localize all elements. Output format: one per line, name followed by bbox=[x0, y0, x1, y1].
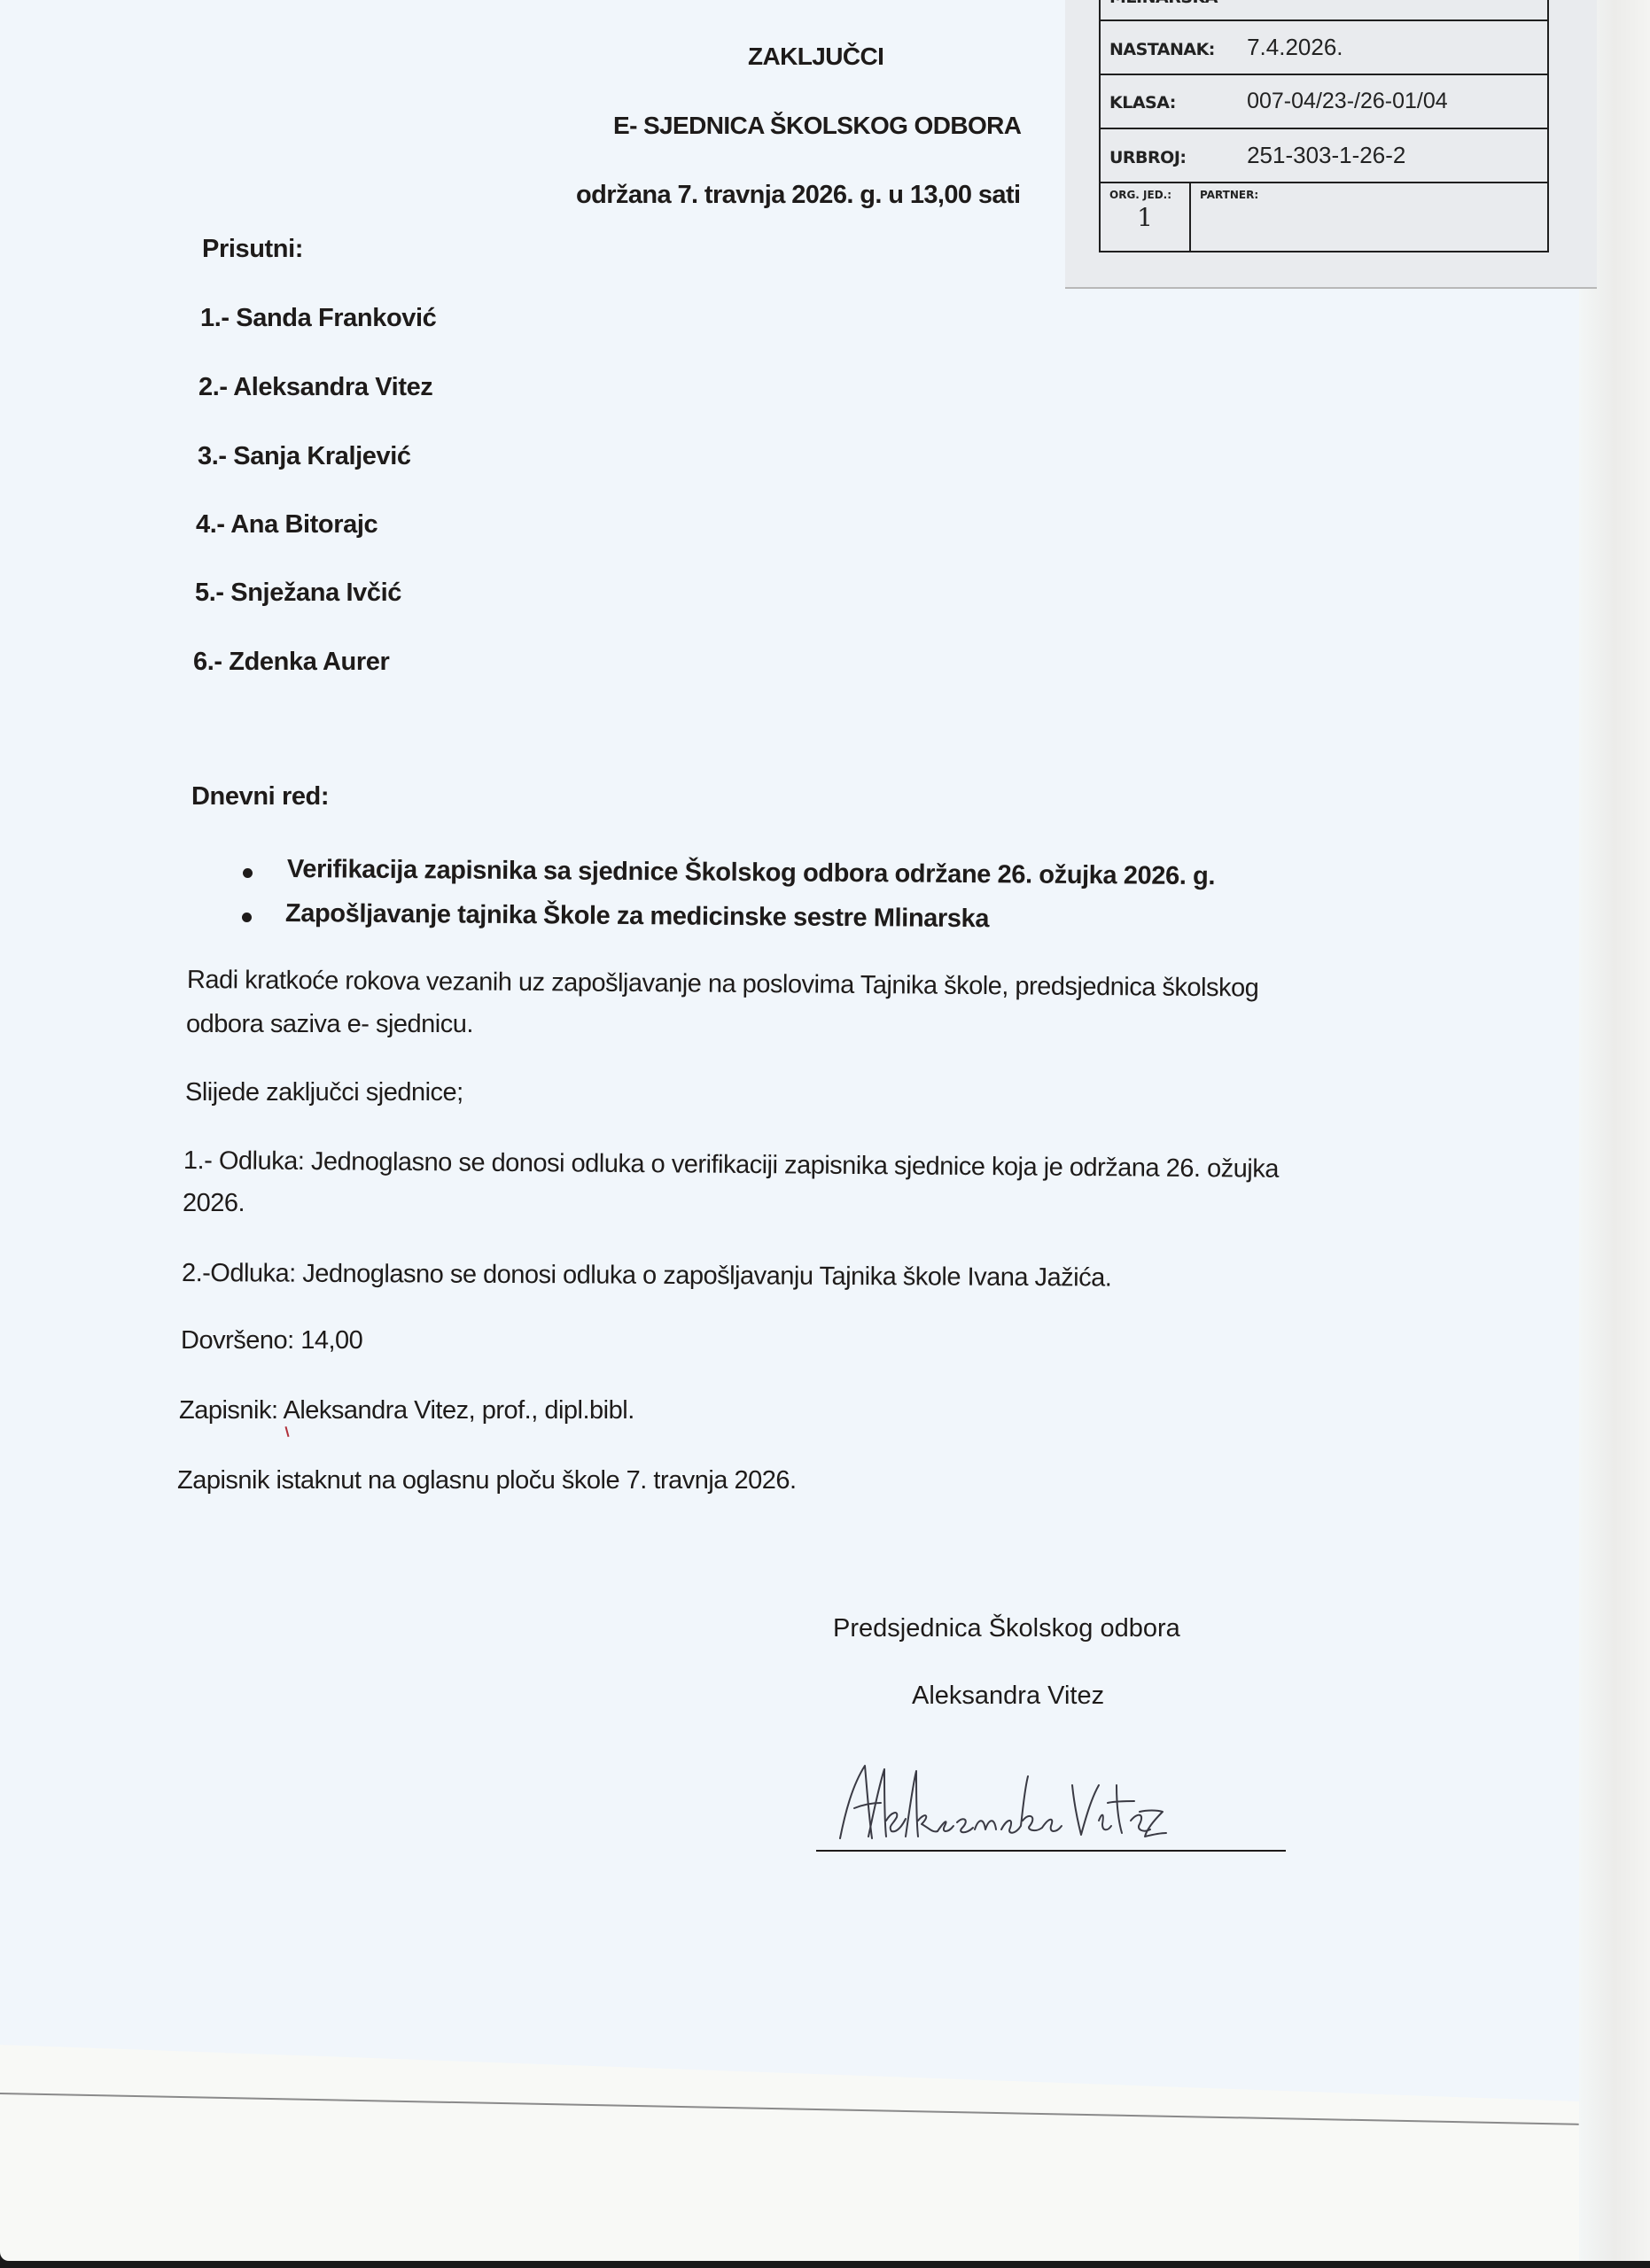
stamp-row-urbroj: URBROJ: 251-303-1-26-2 bbox=[1100, 128, 1548, 183]
stamp-label-org-jed: ORG. JED.: bbox=[1109, 189, 1180, 201]
meeting-held-line: održana 7. travnja 2026. g. u 13,00 sati bbox=[576, 181, 1020, 210]
decision-2: 2.-Odluka: Jednoglasno se donosi odluka … bbox=[182, 1259, 1112, 1293]
stamp-partner-cell: PARTNER: bbox=[1190, 183, 1548, 252]
stamp-value-urbroj: 251-303-1-26-2 bbox=[1247, 142, 1405, 168]
recorder-line: Zapisnik: Aleksandra Vitez, prof., dipl.… bbox=[179, 1396, 634, 1425]
registry-stamp-table: MLINARSKA NASTANAK: 7.4.2026. KLASA: 007… bbox=[1099, 0, 1549, 252]
attendees-label: Prisutni: bbox=[202, 235, 303, 264]
intro-text-continued: odbora saziva e- sjednicu. bbox=[186, 1010, 473, 1039]
decision-1-continued: 2026. bbox=[183, 1189, 245, 1218]
agenda-item: Zapošljavanje tajnika Škole za medicinsk… bbox=[285, 899, 989, 934]
bullet-icon bbox=[242, 913, 252, 922]
stamp-value-klasa: 007-04/23-/26-01/04 bbox=[1247, 89, 1448, 113]
stamp-top-cell: MLINARSKA bbox=[1100, 0, 1548, 20]
stamp-label-nastanak: NASTANAK: bbox=[1109, 40, 1242, 59]
signature-line bbox=[816, 1850, 1286, 1852]
stamp-label-klasa: KLASA: bbox=[1109, 93, 1242, 113]
stamp-row-nastanak: NASTANAK: 7.4.2026. bbox=[1100, 20, 1548, 74]
conclusions-intro: Slijede zaključci sjednice; bbox=[185, 1078, 463, 1107]
stamp-label-partner: PARTNER: bbox=[1200, 189, 1538, 201]
posted-notice: Zapisnik istaknut na oglasnu ploču škole… bbox=[177, 1466, 797, 1495]
attendee-item: 2.- Aleksandra Vitez bbox=[198, 373, 432, 402]
scan-margin bbox=[1579, 0, 1650, 2261]
attendee-item: 6.- Zdenka Aurer bbox=[193, 648, 389, 677]
stamp-row-klasa: KLASA: 007-04/23-/26-01/04 bbox=[1100, 74, 1548, 128]
attendee-item: 5.- Snježana Ivčić bbox=[195, 579, 401, 608]
signatory-role: Predsjednica Školskog odbora bbox=[833, 1614, 1180, 1643]
completed-time: Dovršeno: 14,00 bbox=[181, 1326, 362, 1355]
stamp-value-org-jed: 1 bbox=[1109, 203, 1180, 232]
document-subtitle: E- SJEDNICA ŠKOLSKOG ODBORA bbox=[613, 112, 1021, 140]
attendee-item: 1.- Sanda Franković bbox=[200, 304, 436, 333]
document-title: ZAKLJUČCI bbox=[748, 43, 883, 71]
stamp-org-jed-cell: ORG. JED.: 1 bbox=[1100, 183, 1190, 252]
handwritten-signature bbox=[833, 1759, 1170, 1847]
stamp-label-urbroj: URBROJ: bbox=[1109, 148, 1242, 167]
stamp-value-nastanak: 7.4.2026. bbox=[1247, 34, 1343, 60]
signatory-name: Aleksandra Vitez bbox=[912, 1682, 1104, 1711]
stamp-institution: MLINARSKA bbox=[1109, 0, 1218, 7]
agenda-label: Dnevni red: bbox=[191, 782, 329, 812]
bullet-icon bbox=[243, 868, 253, 878]
attendee-item: 4.- Ana Bitorajc bbox=[196, 510, 377, 540]
attendee-item: 3.- Sanja Kraljević bbox=[198, 442, 411, 471]
